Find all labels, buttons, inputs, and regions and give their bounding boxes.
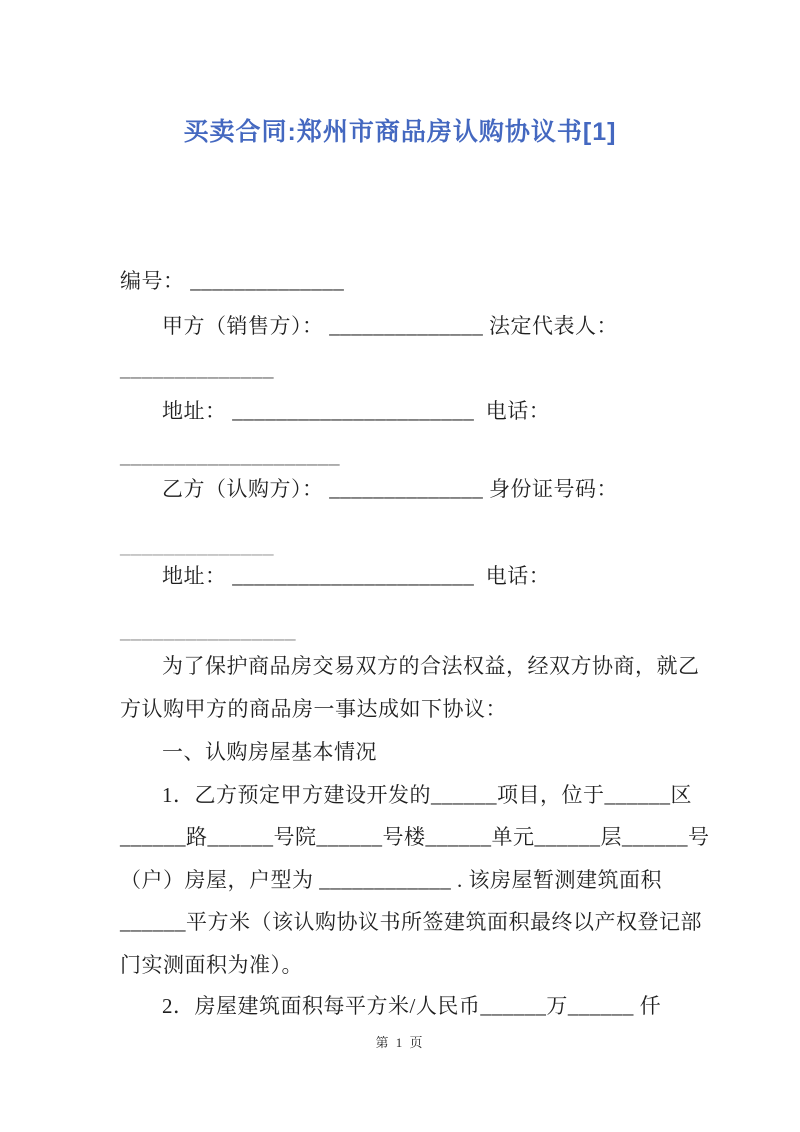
blank-line: ____________________: [120, 441, 340, 471]
page-number-footer: 第 1 页: [0, 1032, 800, 1051]
item-2-line-1: 2．房屋建筑面积每平方米/人民币______万______ 仟: [162, 991, 661, 1021]
document-page: 买卖合同:郑州市商品房认购协议书[1] 编号： ______________ 甲…: [0, 0, 800, 1132]
item-1-line-4: ______平方米（该认购协议书所签建筑面积最终以产权登记部: [120, 907, 702, 937]
item-1-line-5: 门实测面积为准）。: [120, 950, 303, 980]
blank-line: ______________: [120, 354, 274, 384]
item-1-line-3: （户）房屋，户型为 ____________ . 该房屋暂测建筑面积: [120, 865, 662, 895]
blank-line: ________________: [120, 616, 296, 646]
document-title: 买卖合同:郑州市商品房认购协议书[1]: [0, 112, 800, 148]
item-1-line-1: 1．乙方预定甲方建设开发的______项目，位于______区: [162, 780, 692, 810]
section-1-heading: 一、认购房屋基本情况: [162, 737, 377, 767]
party-a-address-line: 地址： ______________________ 电话：: [162, 396, 550, 426]
contract-number-line: 编号： ______________: [120, 266, 344, 296]
party-b-line: 乙方（认购方）： ______________ 身份证号码：: [162, 474, 618, 504]
preamble-line-2: 方认购甲方的商品房一事达成如下协议：: [120, 694, 507, 724]
blank-line: ______________: [120, 531, 274, 561]
preamble-line-1: 为了保护商品房交易双方的合法权益，经双方协商，就乙: [162, 651, 700, 681]
party-b-address-line: 地址： ______________________ 电话：: [162, 561, 550, 591]
party-a-line: 甲方（销售方）： ______________ 法定代表人：: [162, 311, 618, 341]
item-1-line-2: ______路______号院______号楼______单元______层__…: [120, 822, 710, 852]
